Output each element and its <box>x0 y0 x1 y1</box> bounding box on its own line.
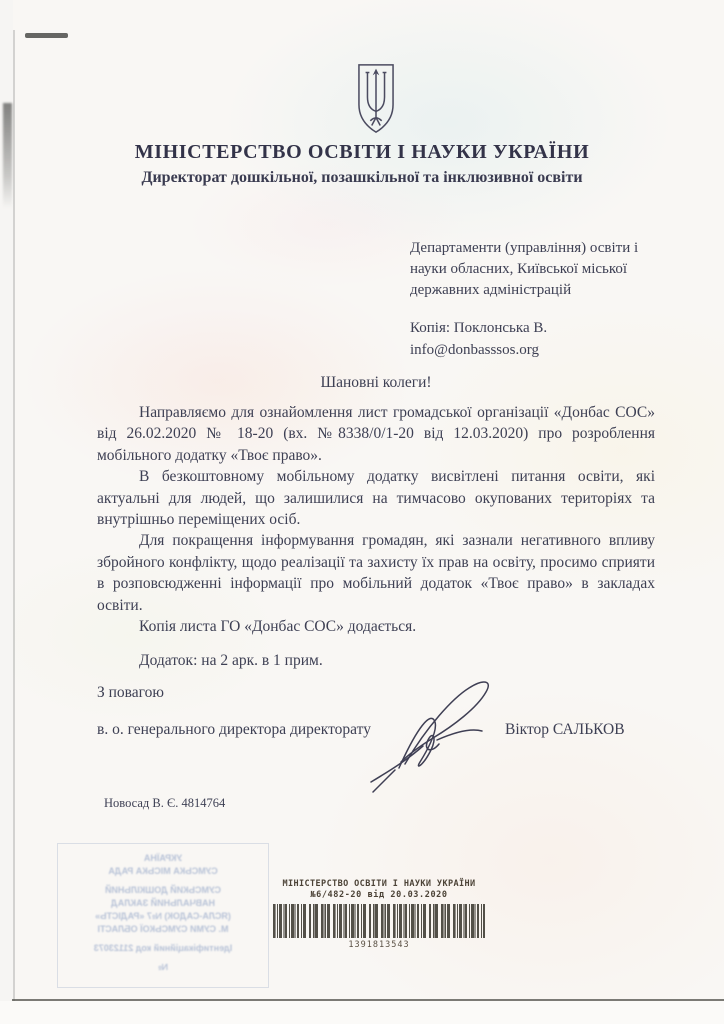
directorate-subtitle: Директорат дошкільної, позашкільної та і… <box>62 169 662 187</box>
bleed-line: УКРАЇНА <box>62 852 264 865</box>
recipient-line: Департаменти (управління) освіти і <box>410 238 665 259</box>
signer-position: в. о. генерального директора директорату <box>97 721 371 739</box>
copy-email: info@donbasssos.org <box>410 340 665 361</box>
salutation: Шановні колеги! <box>97 374 655 392</box>
recipient-line: науки обласних, Київської міської <box>410 259 665 280</box>
copy-recipient: Копія: Поклонська В. <box>410 318 665 339</box>
recipient-line: державних адміністрацій <box>410 280 665 301</box>
page-left-edge <box>13 30 15 1002</box>
scan-area-below-page <box>0 1001 724 1024</box>
recipient-block: Департаменти (управління) освіти і науки… <box>410 238 665 361</box>
scanned-letter-page: МІНІСТЕРСТВО ОСВІТИ І НАУКИ УКРАЇНИ Дире… <box>0 0 724 1024</box>
closing-regards: З повагою <box>97 684 164 702</box>
page-bottom-edge <box>12 999 724 1001</box>
stamp-org-name: МІНІСТЕРСТВО ОСВІТИ І НАУКИ УКРАЇНИ <box>258 879 500 889</box>
letter-body: Направляємо для ознайомлення лист громад… <box>97 402 655 672</box>
bleed-line: № <box>62 961 264 974</box>
stamp-number-date: №6/482-20 від 20.03.2020 <box>258 890 500 900</box>
bleed-line: СУМСЬКИЙ ДОШКІЛЬНИЙ <box>62 884 264 897</box>
bleed-line: (ЯСЛА-САДОК) №7 «РАДІСТЬ» <box>62 910 264 923</box>
attachment-note: Додаток: на 2 арк. в 1 прим. <box>97 650 655 671</box>
ministry-title: МІНІСТЕРСТВО ОСВІТИ І НАУКИ УКРАЇНИ <box>62 141 662 164</box>
bleed-line: Ідентифікаційний код 21123073 <box>62 942 264 955</box>
bleed-line: НАВЧАЛЬНИЙ ЗАКЛАД <box>62 897 264 910</box>
paragraph: Направляємо для ознайомлення лист громад… <box>97 402 655 466</box>
handwritten-signature-icon <box>365 670 497 803</box>
barcode-icon <box>273 904 485 938</box>
executor-line: Новосад В. Є. 4814764 <box>104 796 225 811</box>
paragraph: Копія листа ГО «Донбас СОС» додається. <box>97 616 655 637</box>
barcode-number: 1391813543 <box>258 940 500 950</box>
paragraph: В безкоштовному мобільному додатку висві… <box>97 466 655 530</box>
signer-name: Віктор САЛЬКОВ <box>505 721 625 739</box>
registration-stamp: МІНІСТЕРСТВО ОСВІТИ І НАУКИ УКРАЇНИ №6/4… <box>258 879 500 950</box>
paragraph: Для покращення інформування громадян, як… <box>97 530 655 616</box>
ukraine-trident-emblem-icon <box>354 63 398 140</box>
bleed-line: М. СУМИ СУМСЬКОЇ ОБЛАСТІ <box>62 923 264 936</box>
scan-artifact-bar <box>25 33 68 38</box>
bleedthrough-stamp-text: УКРАЇНА СУМСЬКА МІСЬКА РАДА СУМСЬКИЙ ДОШ… <box>62 848 264 983</box>
bleedthrough-stamp: УКРАЇНА СУМСЬКА МІСЬКА РАДА СУМСЬКИЙ ДОШ… <box>57 843 269 988</box>
bleed-line: СУМСЬКА МІСЬКА РАДА <box>62 865 264 878</box>
scan-artifact-smudge <box>3 103 12 208</box>
